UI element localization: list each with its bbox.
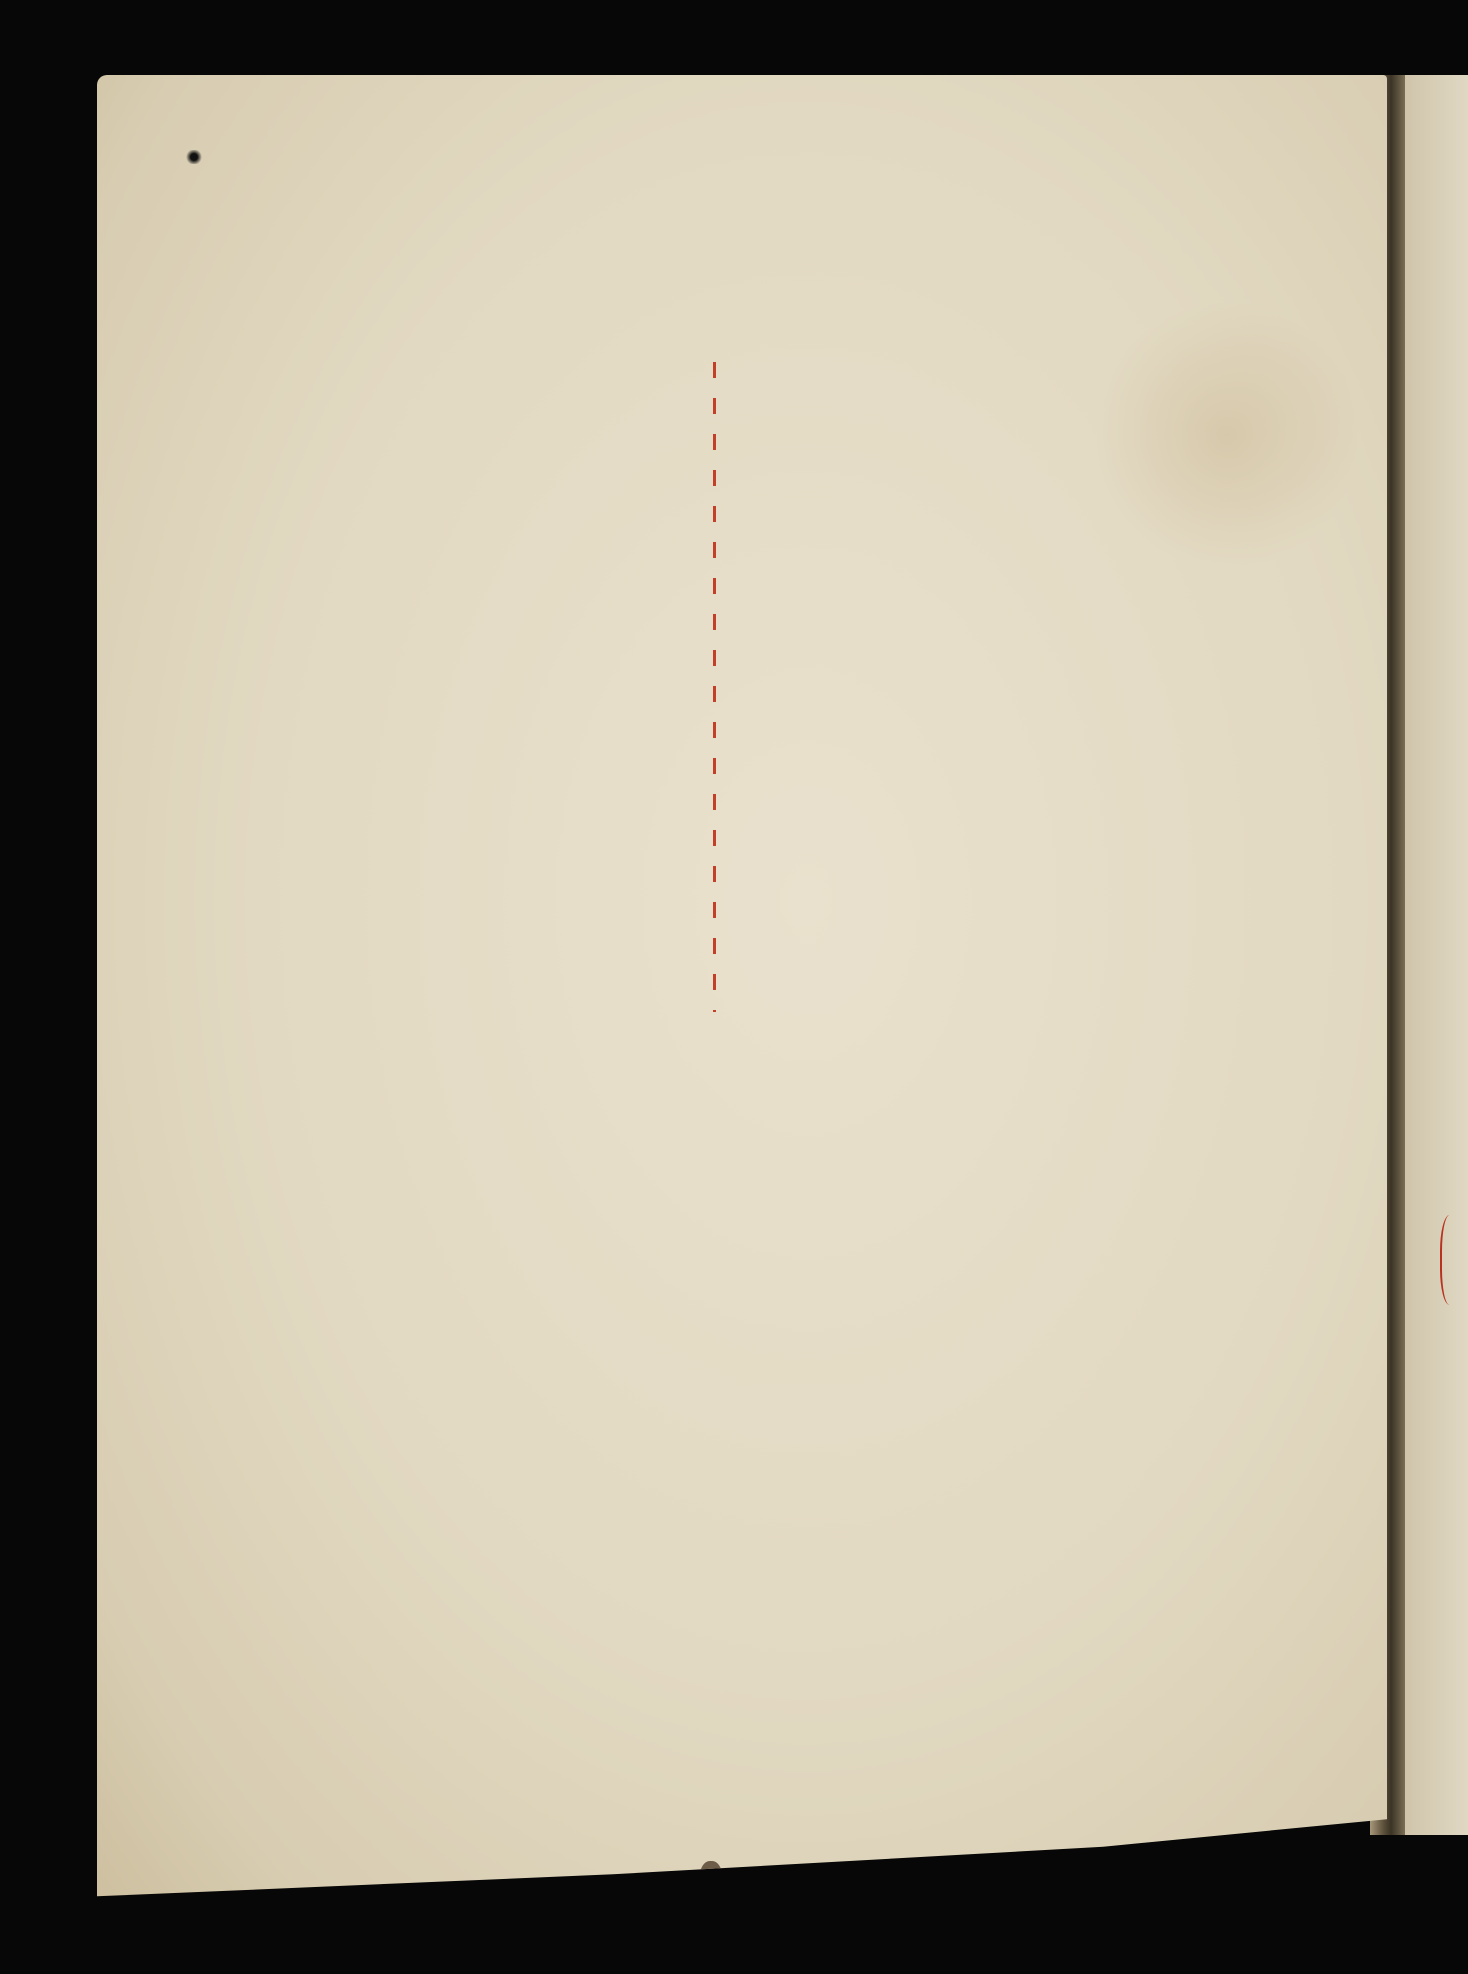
ink-blot-top-left xyxy=(185,150,203,164)
ink-spot-bottom-2 xyxy=(837,1875,855,1897)
ink-spot-bottom xyxy=(700,1861,722,1893)
facing-page-edge xyxy=(1402,75,1468,1835)
book-page xyxy=(97,75,1387,1911)
red-marginal-stroke xyxy=(1440,1215,1464,1305)
water-stain xyxy=(1097,295,1357,575)
rubrication-stroke xyxy=(713,362,716,1012)
